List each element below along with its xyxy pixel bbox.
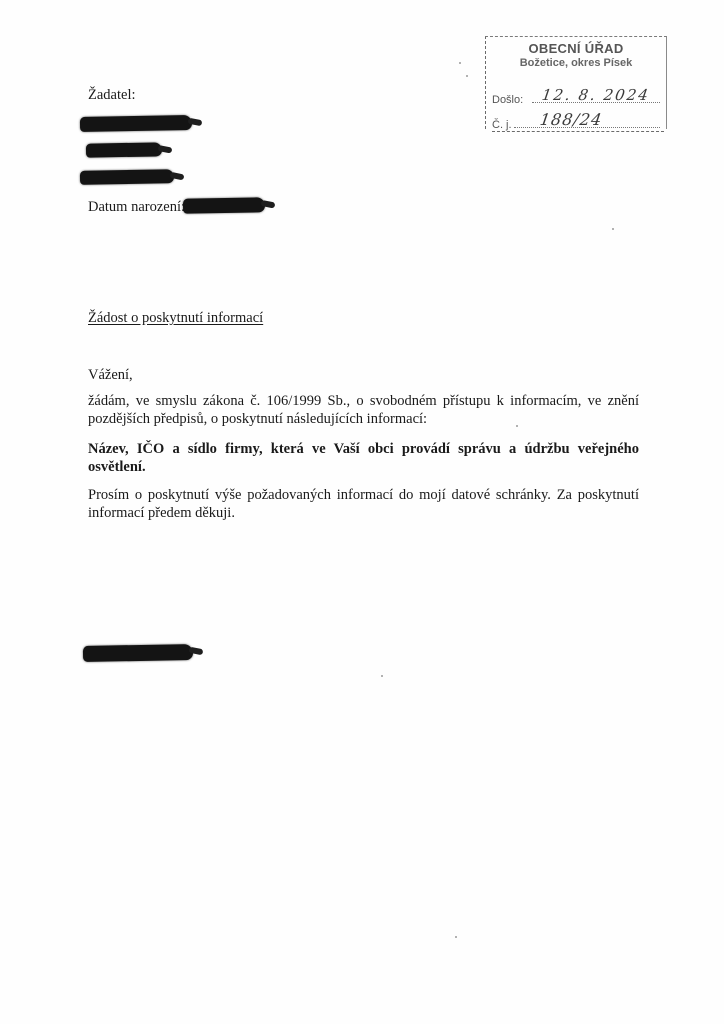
scan-speck — [455, 936, 457, 938]
stamp-ref-number: 188/24 — [539, 110, 604, 129]
stamp-ref-label: Č. j. — [492, 119, 512, 131]
document-page: OBECNÍ ÚŘAD Božetice, okres Písek Došlo:… — [0, 0, 724, 1024]
redacted-applicant-name — [80, 115, 192, 132]
scan-speck — [612, 228, 614, 230]
stamp-received-row: Došlo: 12. 8. 2024 — [492, 88, 660, 106]
applicant-label: Žadatel: — [88, 86, 136, 105]
letter-subject: Žádost o poskytnutí informací — [88, 310, 263, 327]
stamp-office: OBECNÍ ÚŘAD — [486, 41, 666, 56]
stamp-ref-row: Č. j. 188/24 — [492, 113, 660, 131]
scan-speck — [381, 675, 383, 677]
scan-speck — [466, 75, 468, 77]
salutation: Vážení, — [88, 366, 639, 384]
redacted-applicant-street — [86, 142, 162, 157]
redacted-applicant-city — [80, 169, 174, 185]
information-request: Název, IČO a sídlo firmy, která ve Vaší … — [88, 440, 639, 476]
scan-speck — [516, 425, 518, 427]
stamp-bottom-border — [492, 131, 664, 132]
registry-stamp: OBECNÍ ÚŘAD Božetice, okres Písek Došlo:… — [485, 36, 667, 129]
stamp-received-date: 12. 8. 2024 — [541, 86, 651, 104]
birth-date-label: Datum narození: — [88, 198, 185, 217]
stamp-municipality: Božetice, okres Písek — [486, 57, 666, 69]
redacted-signature — [83, 644, 193, 662]
redacted-birth-date — [183, 197, 265, 213]
scan-speck — [459, 62, 461, 64]
stamp-received-label: Došlo: — [492, 94, 523, 106]
paragraph-1: žádám, ve smyslu zákona č. 106/1999 Sb.,… — [88, 392, 639, 428]
paragraph-2: Prosím o poskytnutí výše požadovaných in… — [88, 486, 639, 522]
